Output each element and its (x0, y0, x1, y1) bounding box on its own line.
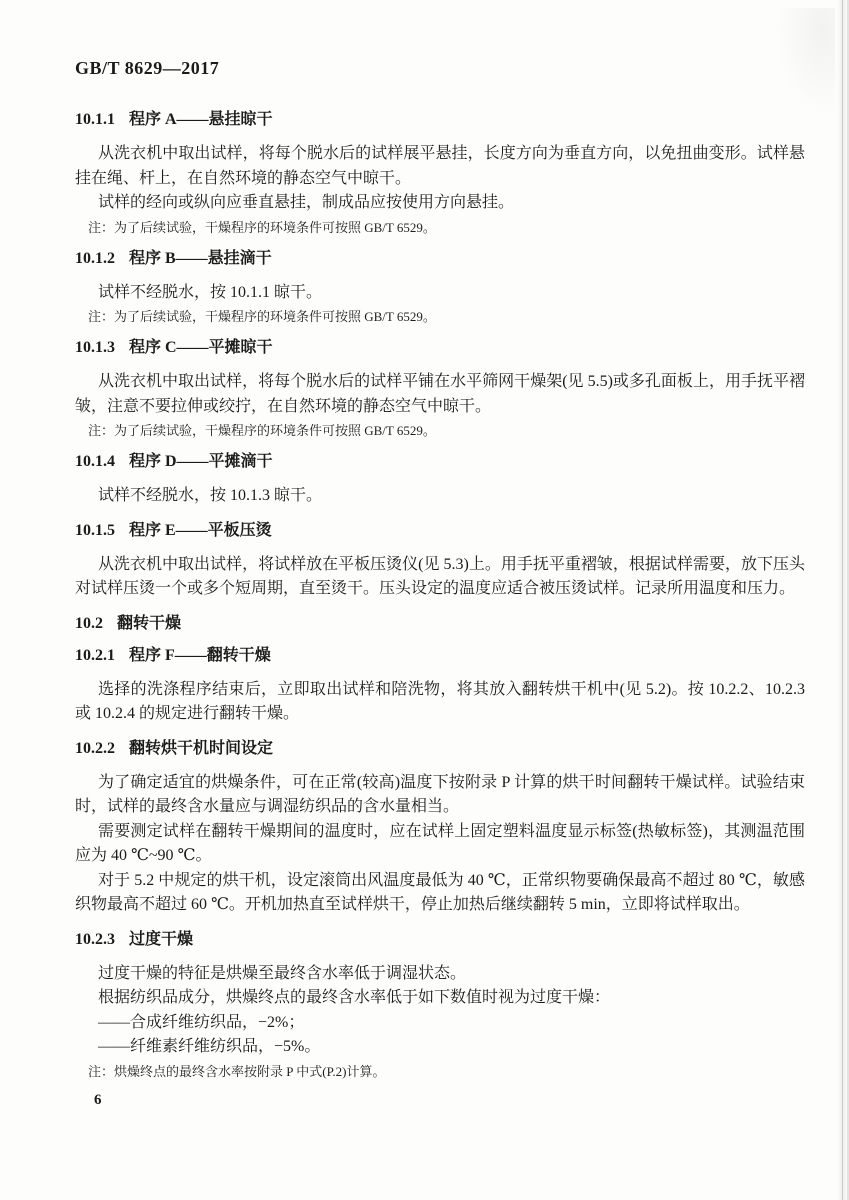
section-10-2: 10.2翻转干燥 (75, 614, 805, 634)
paragraph: 需要测定试样在翻转干燥期间的温度时，应在试样上固定塑料温度显示标签(热敏标签)，… (75, 820, 805, 869)
standard-code-header: GB/T 8629—2017 (75, 56, 805, 80)
note: 注：烘燥终点的最终含水率按附录 P 中式(P.2)计算。 (75, 1063, 805, 1081)
note: 注：为了后续试验，干燥程序的环境条件可按照 GB/T 6529。 (75, 422, 805, 440)
section-number: 10.1.5 (75, 521, 115, 541)
section-number: 10.2.2 (75, 739, 115, 759)
section-heading: 10.1.4程序 D——平摊滴干 (75, 452, 805, 472)
scan-page: GB/T 8629—2017 10.1.1程序 A——悬挂晾干 从洗衣机中取出试… (0, 0, 849, 1200)
paragraph: 试样不经脱水，按 10.1.3 晾干。 (75, 484, 805, 509)
paragraph: 选择的洗涤程序结束后，立即取出试样和陪洗物，将其放入翻转烘干机中(见 5.2)。… (75, 678, 805, 727)
section-number: 10.1.1 (75, 110, 115, 130)
section-title: 程序 B——悬挂滴干 (129, 249, 272, 269)
section-10-1-5: 10.1.5程序 E——平板压烫 从洗衣机中取出试样，将试样放在平板压烫仪(见 … (75, 521, 805, 602)
paragraph: 从洗衣机中取出试样，将每个脱水后的试样展平悬挂，长度方向为垂直方向，以免扭曲变形… (75, 142, 805, 191)
page-number: 6 (94, 1091, 805, 1109)
section-heading: 10.1.5程序 E——平板压烫 (75, 521, 805, 541)
paragraph: 根据纺织品成分，烘燥终点的最终含水率低于如下数值时视为过度干燥： (75, 986, 805, 1011)
note: 注：为了后续试验，干燥程序的环境条件可按照 GB/T 6529。 (75, 219, 805, 237)
section-number: 10.1.4 (75, 452, 115, 472)
section-heading: 10.1.3程序 C——平摊晾干 (75, 338, 805, 358)
section-number: 10.2.1 (75, 646, 115, 666)
section-title: 程序 A——悬挂晾干 (129, 110, 273, 130)
section-10-1-1: 10.1.1程序 A——悬挂晾干 从洗衣机中取出试样，将每个脱水后的试样展平悬挂… (75, 110, 805, 237)
section-10-1-2: 10.1.2程序 B——悬挂滴干 试样不经脱水，按 10.1.1 晾干。 注：为… (75, 249, 805, 327)
section-heading: 10.2翻转干燥 (75, 614, 805, 634)
section-number: 10.1.2 (75, 249, 115, 269)
section-title: 翻转烘干机时间设定 (129, 739, 273, 759)
section-title: 程序 E——平板压烫 (129, 521, 272, 541)
scan-edge-shadow (837, 0, 849, 1200)
scan-corner-smudge (775, 8, 835, 118)
paragraph: 对于 5.2 中规定的烘干机，设定滚筒出风温度最低为 40 ℃，正常织物要确保最… (75, 869, 805, 918)
paragraph: 从洗衣机中取出试样，将试样放在平板压烫仪(见 5.3)上。用手抚平重褶皱，根据试… (75, 553, 805, 602)
section-title: 程序 C——平摊晾干 (129, 338, 273, 358)
paragraph: 试样不经脱水，按 10.1.1 晾干。 (75, 281, 805, 306)
section-title: 翻转干燥 (117, 614, 181, 634)
section-heading: 10.1.1程序 A——悬挂晾干 (75, 110, 805, 130)
section-heading: 10.2.2翻转烘干机时间设定 (75, 739, 805, 759)
section-number: 10.1.3 (75, 338, 115, 358)
section-10-2-1: 10.2.1程序 F——翻转干燥 选择的洗涤程序结束后，立即取出试样和陪洗物，将… (75, 646, 805, 727)
section-10-2-3: 10.2.3过度干燥 过度干燥的特征是烘燥至最终含水率低于调湿状态。 根据纺织品… (75, 930, 805, 1081)
paragraph: 过度干燥的特征是烘燥至最终含水率低于调湿状态。 (75, 962, 805, 987)
dash-list-item: ——纤维素纤维纺织品，−5%。 (75, 1035, 805, 1060)
section-10-1-3: 10.1.3程序 C——平摊晾干 从洗衣机中取出试样，将每个脱水后的试样平铺在水… (75, 338, 805, 440)
section-heading: 10.1.2程序 B——悬挂滴干 (75, 249, 805, 269)
section-heading: 10.2.3过度干燥 (75, 930, 805, 950)
section-10-1-4: 10.1.4程序 D——平摊滴干 试样不经脱水，按 10.1.3 晾干。 (75, 452, 805, 509)
paragraph: 为了确定适宜的烘燥条件，可在正常(较高)温度下按附录 P 计算的烘干时间翻转干燥… (75, 771, 805, 820)
section-title: 程序 D——平摊滴干 (129, 452, 273, 472)
section-10-2-2: 10.2.2翻转烘干机时间设定 为了确定适宜的烘燥条件，可在正常(较高)温度下按… (75, 739, 805, 918)
section-title: 程序 F——翻转干燥 (129, 646, 271, 666)
section-title: 过度干燥 (129, 930, 193, 950)
section-number: 10.2 (75, 614, 103, 634)
section-number: 10.2.3 (75, 930, 115, 950)
section-heading: 10.2.1程序 F——翻转干燥 (75, 646, 805, 666)
dash-list-item: ——合成纤维纺织品，−2%； (75, 1011, 805, 1036)
paragraph: 从洗衣机中取出试样，将每个脱水后的试样平铺在水平筛网干燥架(见 5.5)或多孔面… (75, 370, 805, 419)
paragraph: 试样的经向或纵向应垂直悬挂，制成品应按使用方向悬挂。 (75, 191, 805, 216)
note: 注：为了后续试验，干燥程序的环境条件可按照 GB/T 6529。 (75, 308, 805, 326)
